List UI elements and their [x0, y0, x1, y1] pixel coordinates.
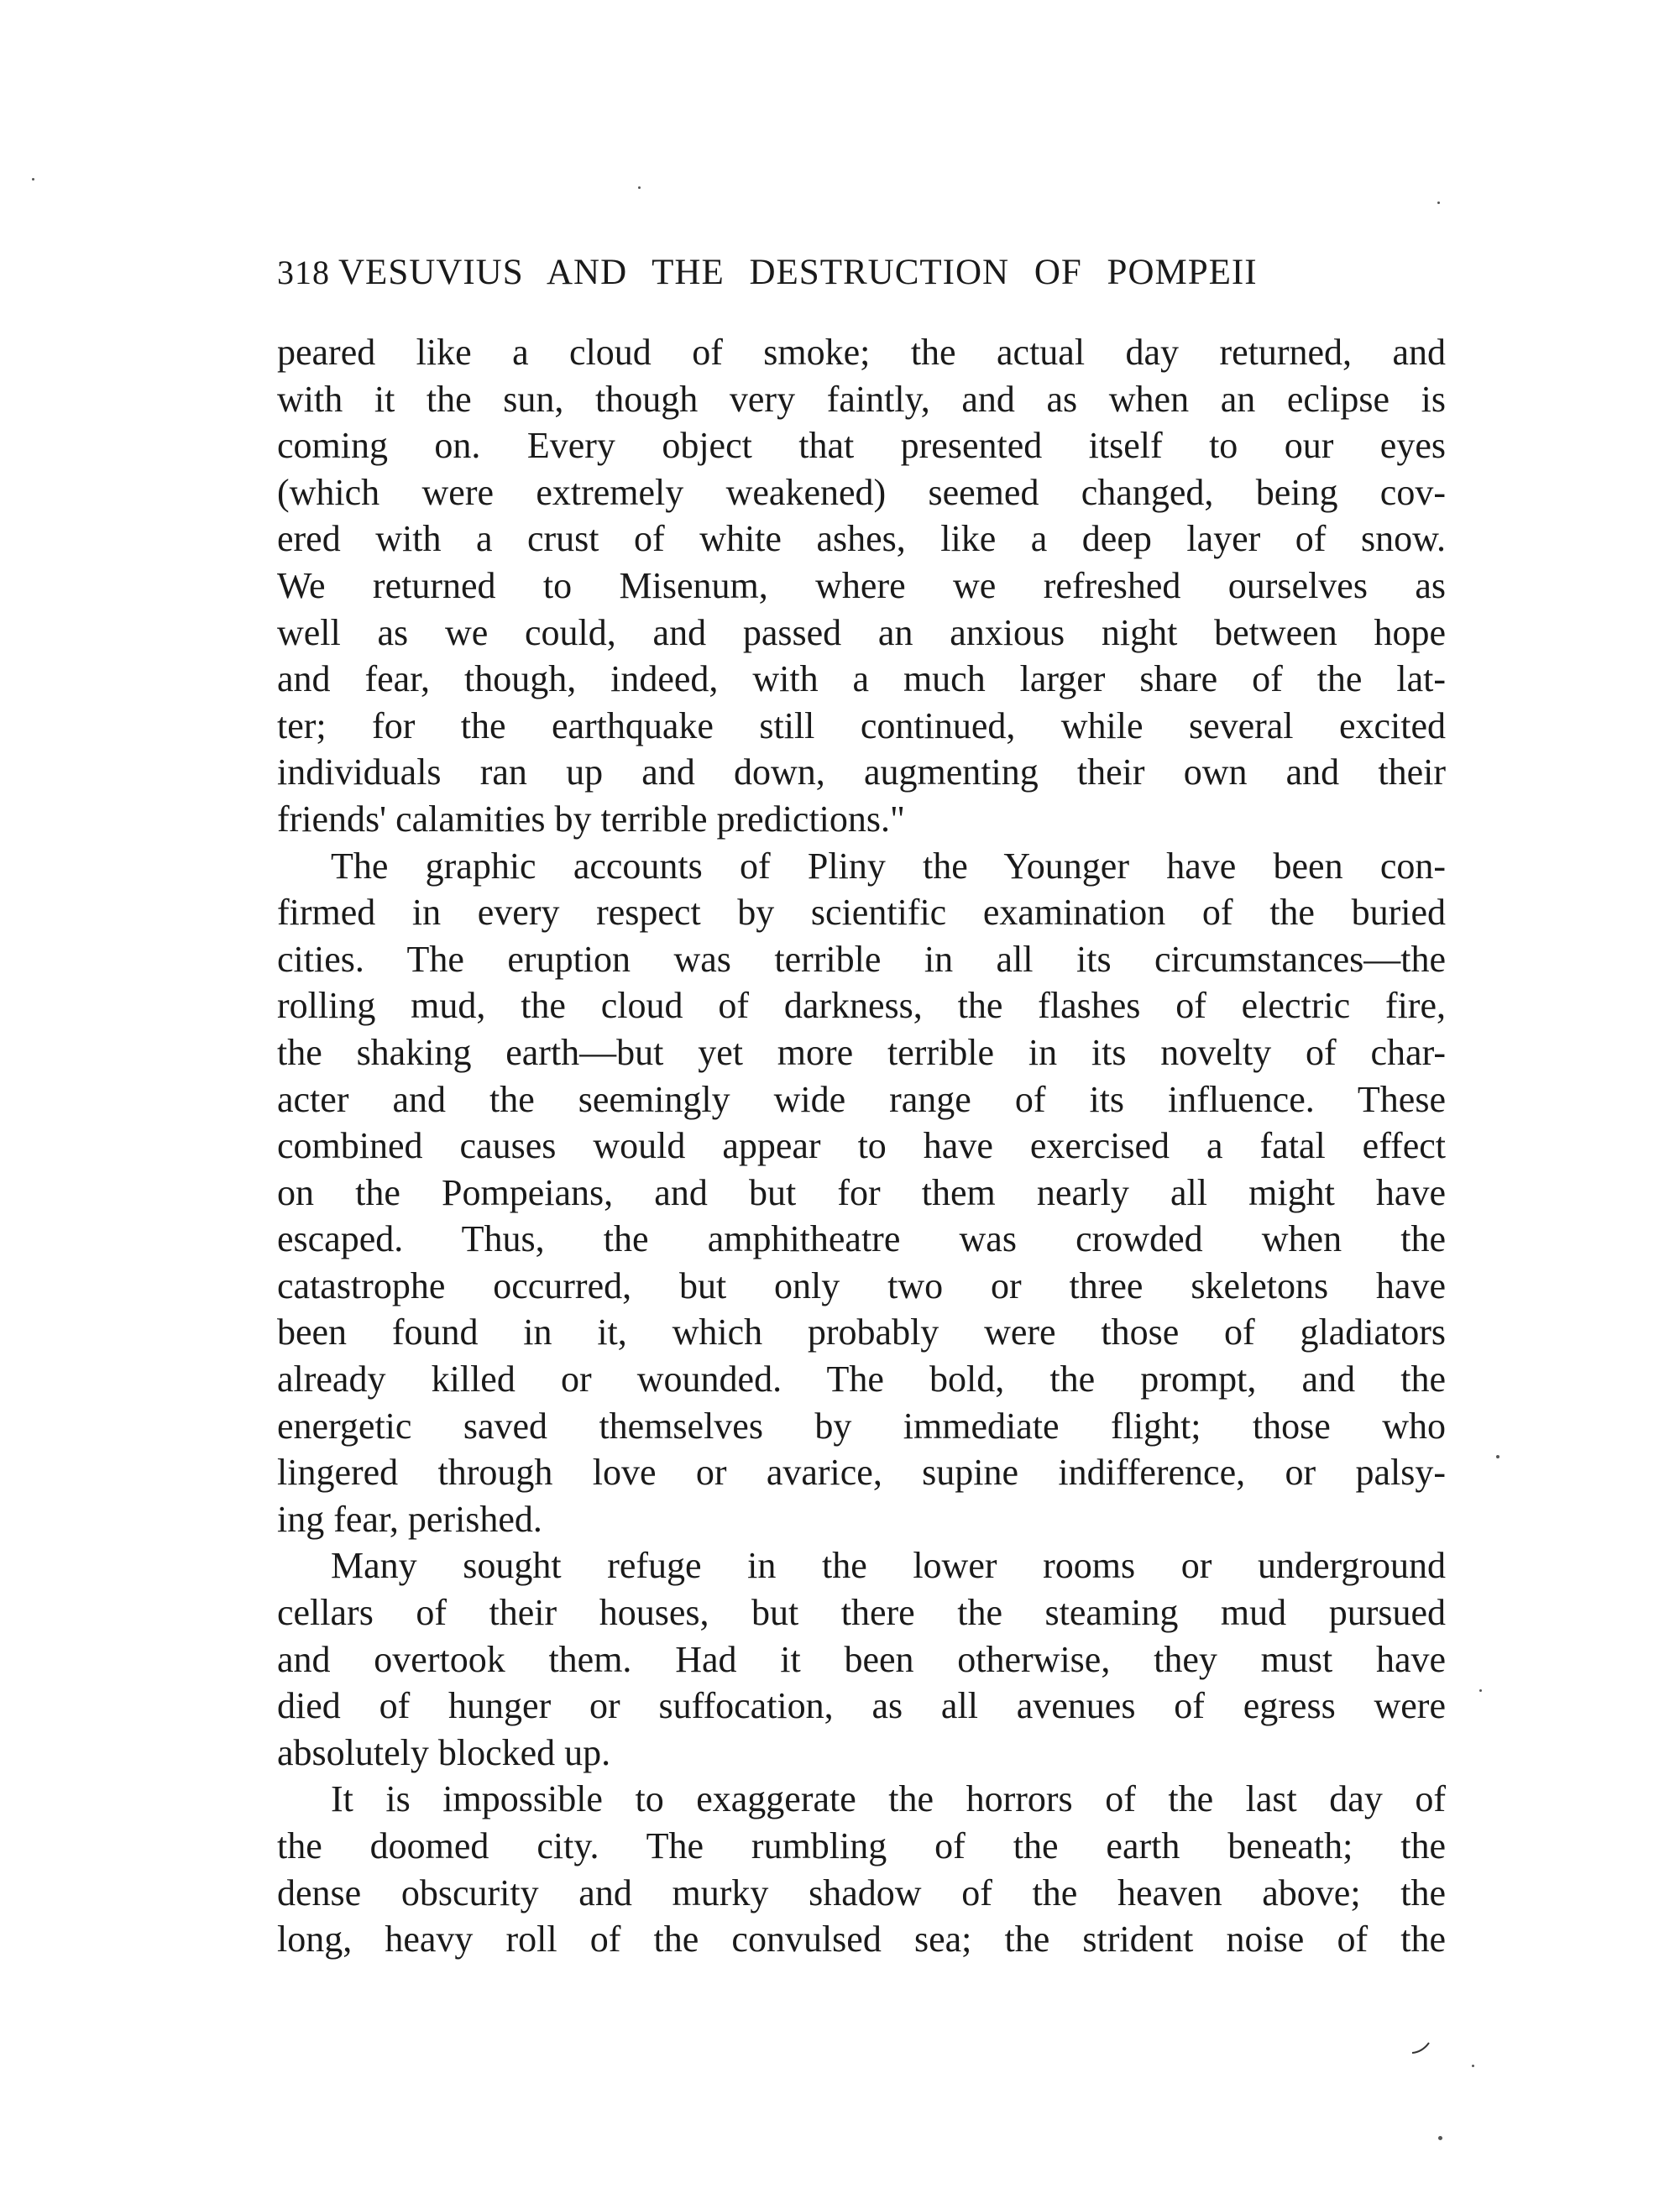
text-line: firmed in every respect by scientific ex…	[277, 889, 1446, 936]
text-line: It is impossible to exaggerate the horro…	[277, 1776, 1446, 1823]
book-page: 318 VESUVIUS AND THE DESTRUCTION OF POMP…	[0, 0, 1680, 2204]
text-line: catastrophe occurred, but only two or th…	[277, 1263, 1446, 1310]
text-line: rolling mud, the cloud of darkness, the …	[277, 982, 1446, 1029]
text-line: on the Pompeians, and but for them nearl…	[277, 1170, 1446, 1217]
text-line: well as we could, and passed an anxious …	[277, 610, 1446, 657]
text-line: energetic saved themselves by immediate …	[277, 1403, 1446, 1450]
text-line: combined causes would appear to have exe…	[277, 1123, 1446, 1170]
body-text: peared like a cloud of smoke; the actual…	[277, 329, 1446, 1963]
text-line: the shaking earth—but yet more terrible …	[277, 1029, 1446, 1076]
scan-speck	[1472, 2065, 1474, 2067]
text-line: lingered through love or avarice, supine…	[277, 1449, 1446, 1496]
text-line: individuals ran up and down, augmenting …	[277, 749, 1446, 796]
text-line: the doomed city. The rumbling of the ear…	[277, 1823, 1446, 1870]
page-number: 318	[277, 253, 330, 292]
text-line: (which were extremely weakened) seemed c…	[277, 469, 1446, 516]
text-line: friends' calamities by terrible predicti…	[277, 796, 1446, 843]
scan-speck	[1479, 1689, 1482, 1692]
text-line: peared like a cloud of smoke; the actual…	[277, 329, 1446, 376]
text-line: acter and the seemingly wide range of it…	[277, 1076, 1446, 1123]
text-line: coming on. Every object that presented i…	[277, 422, 1446, 469]
text-line: ter; for the earthquake still continued,…	[277, 703, 1446, 750]
text-line: ered with a crust of white ashes, like a…	[277, 516, 1446, 563]
text-line: cities. The eruption was terrible in all…	[277, 936, 1446, 983]
text-line: long, heavy roll of the convulsed sea; t…	[277, 1916, 1446, 1963]
text-line: dense obscurity and murky shadow of the …	[277, 1870, 1446, 1917]
text-line: escaped. Thus, the amphitheatre was crow…	[277, 1216, 1446, 1263]
text-line: Many sought refuge in the lower rooms or…	[277, 1542, 1446, 1589]
text-line: with it the sun, though very faintly, an…	[277, 376, 1446, 423]
scan-speck	[32, 178, 34, 181]
scan-speck	[1496, 1455, 1499, 1458]
text-line: and overtook them. Had it been otherwise…	[277, 1636, 1446, 1683]
text-line: The graphic accounts of Pliny the Younge…	[277, 843, 1446, 890]
running-title: VESUVIUS AND THE DESTRUCTION OF POMPEII	[338, 252, 1258, 293]
text-line: been found in it, which probably were th…	[277, 1309, 1446, 1356]
scan-mark-icon	[1410, 2040, 1436, 2057]
text-line: already killed or wounded. The bold, the…	[277, 1356, 1446, 1403]
running-header: 318 VESUVIUS AND THE DESTRUCTION OF POMP…	[277, 252, 1452, 302]
scan-speck	[1438, 2136, 1442, 2140]
text-line: died of hunger or suffocation, as all av…	[277, 1683, 1446, 1730]
text-line: cellars of their houses, but there the s…	[277, 1589, 1446, 1636]
text-line: and fear, though, indeed, with a much la…	[277, 656, 1446, 703]
text-line: ing fear, perished.	[277, 1496, 1446, 1543]
text-line: absolutely blocked up.	[277, 1730, 1446, 1777]
scan-speck	[638, 186, 641, 189]
text-line: We returned to Misenum, where we refresh…	[277, 563, 1446, 610]
scan-speck	[1437, 202, 1440, 204]
